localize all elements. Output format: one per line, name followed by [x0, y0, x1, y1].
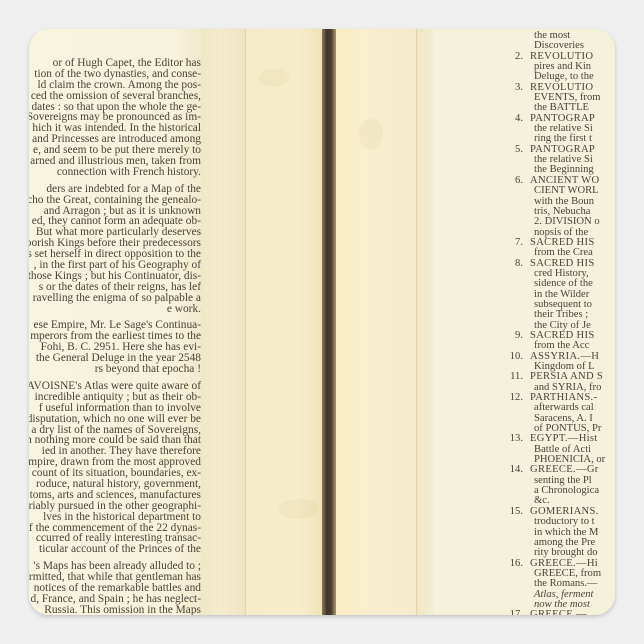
toc-entry-text: the most — [529, 30, 570, 41]
toc-entry-text: PERSIA AND S — [529, 371, 603, 382]
book-spine — [322, 29, 336, 615]
text-line: f useful information than to involve — [29, 403, 201, 414]
toc-entry-number: 2. — [503, 52, 523, 62]
toc-entry-text: of PONTUS, Pr — [529, 423, 601, 434]
text-line: rs beyond that epocha ! — [29, 364, 201, 375]
toc-entry-text: &c. — [529, 495, 550, 506]
toc-entry-text: now the most — [529, 599, 590, 610]
toc-entry-number: 7. — [503, 238, 523, 248]
toc-entry-text: SACRED HIS — [529, 258, 595, 269]
toc-entry-text: GOMERIANS. — [529, 506, 599, 517]
toc-entry-number: 17. — [503, 610, 523, 615]
toc-entry-text: ring the first t — [529, 133, 592, 144]
right-fold-strip — [417, 29, 433, 615]
text-line: disputation, which no one will ever be — [29, 414, 201, 425]
toc-entry-text: with the Boun — [529, 196, 594, 207]
toc-entry-number: 15. — [503, 507, 523, 517]
left-fold-strip — [201, 29, 246, 615]
toc-entry-number: 8. — [503, 259, 523, 269]
toc-entry-text: subsequent to — [529, 299, 592, 310]
toc-entry-text: a Chronologica — [529, 485, 599, 496]
toc-entry-number: 11. — [503, 372, 523, 382]
left-page: or of Hugh Capet, the Editor hastion of … — [29, 29, 201, 615]
toc-entry-text: senting the Pl — [529, 475, 592, 486]
right-page-stub — [336, 29, 417, 615]
toc-entry-number: 3. — [503, 83, 523, 93]
paper-stain — [359, 119, 383, 149]
toc-entry-text: Deluge, to the — [529, 71, 594, 82]
text-paragraph: AVOISNE's Atlas were quite aware ofincre… — [29, 381, 201, 555]
toc-entry-number: 9. — [503, 331, 523, 341]
toc-entry-text: Kingdom of L — [529, 361, 595, 372]
paper-stain — [279, 499, 319, 519]
toc-entry-text: PANTOGRAP — [529, 113, 595, 124]
toc-entry-text: Discoveries — [529, 40, 584, 51]
toc-entry-line: 17.GREECE.— — [529, 610, 615, 615]
toc-entry-number: 12. — [503, 393, 523, 403]
toc-entry-text: the Beginning — [529, 164, 594, 175]
text-paragraph: 's Maps has been already alluded to ;erm… — [29, 561, 201, 615]
toc-entry-line: from the Crea — [529, 248, 615, 258]
toc-entry-text: from the Acc — [529, 340, 589, 351]
toc-entry-text: among the Pre — [529, 537, 595, 548]
toc-entry-text: the Romans.— — [529, 578, 598, 589]
toc-entry-line: rity brought do — [529, 548, 615, 558]
toc-entry-text: SACRED HIS — [529, 330, 595, 341]
text-line: Russia. This omission in the Maps — [29, 605, 201, 615]
toc-entry-text: ANCIENT WO — [529, 175, 599, 186]
toc-entry-text: PARTHIANS.- — [529, 392, 597, 403]
text-line: cho the Great, containing the genealo- — [29, 195, 201, 206]
toc-entry-text: and SYRIA, fro — [529, 382, 601, 393]
toc-entry-text: cred History, — [529, 268, 589, 279]
text-line: ced the omission of several branches, — [29, 91, 201, 102]
toc-entry-text: GREECE.— — [529, 609, 587, 615]
table-of-contents: the mostDiscoveries2.REVOLUTIOpires and … — [529, 31, 615, 615]
toc-entry-number: 13. — [503, 434, 523, 444]
toc-entry-text: EGYPT.—Hist — [529, 433, 598, 444]
right-page: the mostDiscoveries2.REVOLUTIOpires and … — [433, 29, 615, 615]
toc-entry-text: in the Wilder — [529, 289, 589, 300]
left-page-stub — [246, 29, 322, 615]
text-line: ticular account of the Princes of the — [29, 544, 201, 555]
toc-entry-line: troductory to t — [529, 517, 615, 527]
left-page-text: or of Hugh Capet, the Editor hastion of … — [29, 58, 201, 615]
toc-entry-text: 2. DIVISION o — [529, 216, 600, 227]
toc-entry-text: the relative Si — [529, 154, 593, 165]
paper-stain — [259, 69, 289, 87]
text-paragraph: ders are indebted for a Map of thecho th… — [29, 184, 201, 315]
toc-entry-text: PHOENICIA, or — [529, 454, 605, 465]
toc-entry-text: PANTOGRAP — [529, 144, 595, 155]
toc-entry-text: the BATTLE — [529, 102, 589, 113]
toc-entry-number: 14. — [503, 465, 523, 475]
toc-entry-number: 10. — [503, 352, 523, 362]
toc-entry-text: ASSYRIA.—H — [529, 351, 599, 362]
toc-entry-text: GREECE.—Hi — [529, 558, 598, 569]
toc-entry-text: pires and Kin — [529, 61, 591, 72]
toc-entry-text: rity brought do — [529, 547, 598, 558]
toc-entry-text: GREECE, from — [529, 568, 601, 579]
toc-entry-text: tris, Nebucha — [529, 206, 590, 217]
toc-entry-text: REVOLUTIO — [529, 82, 593, 93]
toc-entry-text: nopsis of the — [529, 227, 588, 238]
toc-entry-text: the City of Je — [529, 320, 591, 331]
toc-entry-line: CIENT WORL — [529, 186, 615, 196]
text-line: lves in the historical department to — [29, 512, 201, 523]
text-paragraph: or of Hugh Capet, the Editor hastion of … — [29, 58, 201, 178]
toc-entry-text: the relative Si — [529, 123, 593, 134]
toc-entry-text: Saracens, A. I — [529, 413, 593, 424]
toc-entry-number: 6. — [503, 176, 523, 186]
text-line: connection with French history. — [29, 167, 201, 178]
text-line: riably pursued in the other geographi- — [29, 501, 201, 512]
toc-entry-text: their Tribes ; — [529, 309, 588, 320]
toc-entry-number: 5. — [503, 145, 523, 155]
toc-entry-text: in which the M — [529, 527, 598, 538]
toc-entry-line: the Romans.— — [529, 579, 615, 589]
toc-entry-text: troductory to t — [529, 516, 595, 527]
text-line: e work. — [29, 304, 201, 315]
toc-entry-text: Atlas, ferment — [529, 589, 593, 600]
toc-entry-number: 16. — [503, 559, 523, 569]
book-page-sticker: or of Hugh Capet, the Editor hastion of … — [29, 29, 615, 615]
text-line: ravelling the enigma of so palpable a — [29, 293, 201, 304]
toc-entry-text: GREECE.—Gr — [529, 464, 599, 475]
toc-entry-text: Battle of Acti — [529, 444, 591, 455]
toc-entry-text: from the Crea — [529, 247, 593, 258]
toc-entry-line: 2. DIVISION o — [529, 217, 615, 227]
toc-entry-text: SACRED HIS — [529, 237, 595, 248]
text-paragraph: ese Empire, Mr. Le Sage's Continua-mpero… — [29, 320, 201, 374]
toc-entry-text: REVOLUTIO — [529, 51, 593, 62]
toc-entry-text: EVENTS, from — [529, 92, 601, 103]
toc-entry-number: 4. — [503, 114, 523, 124]
toc-entry-text: CIENT WORL — [529, 185, 599, 196]
toc-entry-text: afterwards cal — [529, 402, 594, 413]
toc-entry-text: sidence of the — [529, 278, 593, 289]
